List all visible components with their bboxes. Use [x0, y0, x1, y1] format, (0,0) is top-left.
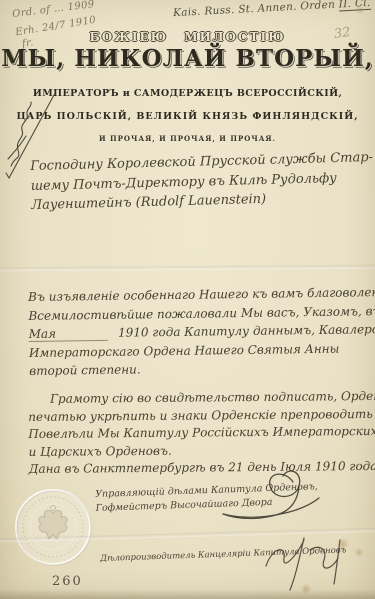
page-number: 260	[52, 574, 83, 589]
grant-date-rest: 1910 года Капитулу даннымъ, Кавалеромъ	[118, 322, 375, 340]
header-tsar-title: МЫ, НИКОЛАЙ ВТОРЫЙ,	[0, 45, 375, 72]
command-line-1: Грамоту сію во свидѣтельство подписать, …	[28, 388, 375, 409]
embossed-seal-icon	[12, 486, 94, 568]
command-line-3: Повелѣли Мы Капитулу Россійскихъ Императ…	[28, 423, 375, 444]
ink-note-class: II. Cl.	[339, 0, 371, 11]
grant-text-block: Въ изъявленіе особеннаго Нашего къ вамъ …	[28, 282, 375, 380]
grant-date-month: Мая	[29, 326, 109, 342]
clerk-signature-flourish	[252, 532, 362, 594]
fold-crease-upper	[0, 265, 375, 272]
official-signature-flourish	[195, 462, 345, 526]
address-block: Господину Королевской Прусской службы Ст…	[30, 148, 374, 215]
header-grace-line: БОЖІЕЮ МИЛОСТІЮ	[0, 30, 375, 44]
ink-note-text: Kais. Russ. St. Annen. Orden	[173, 0, 336, 19]
scanned-charter-document: Ord. of … 1909 Erh. 24/7 1910 fr. Kais. …	[0, 0, 375, 599]
ink-note-top-right: Kais. Russ. St. Annen. Orden II. Cl.	[173, 0, 371, 19]
